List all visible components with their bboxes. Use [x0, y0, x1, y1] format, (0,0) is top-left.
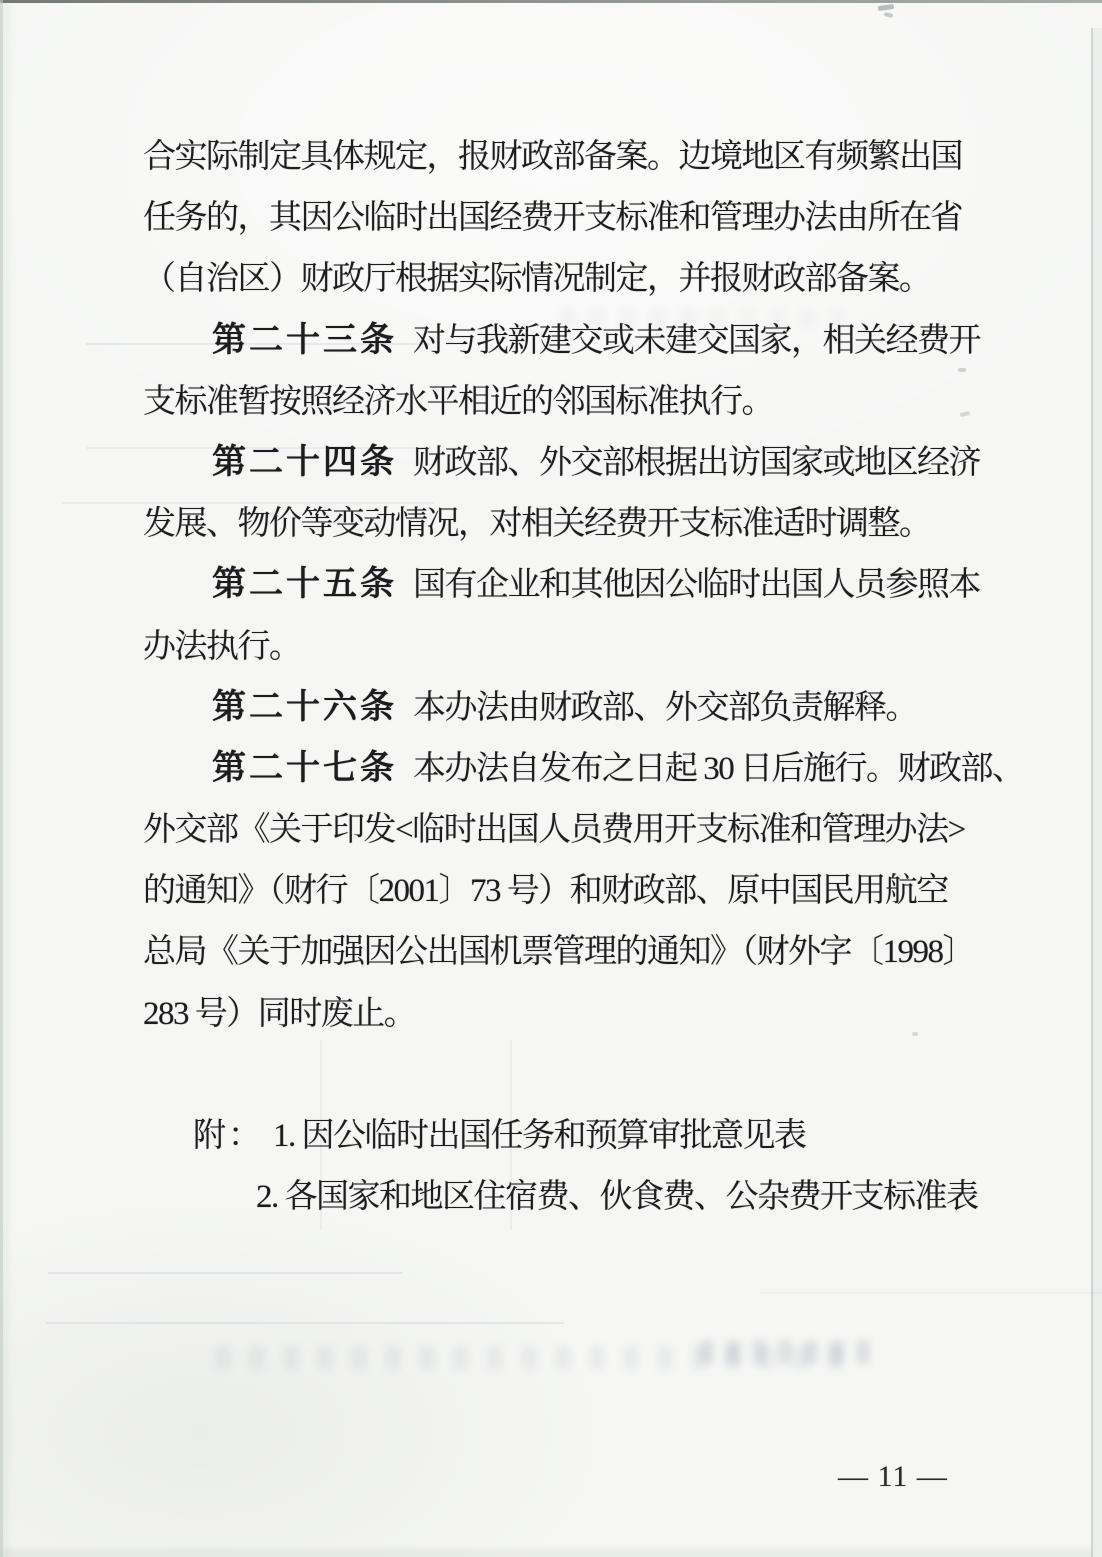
document-body: 合实际制定具体规定，报财政部备案。边境地区有频繁出国 任务的，其因公临时出国经费… [143, 126, 988, 1044]
attachments-label: 附： [193, 1118, 263, 1154]
body-line: 第二十五条国有企业和其他因公临时出国人员参照本 [143, 554, 988, 615]
body-line: 任务的，其因公临时出国经费开支标准和管理办法由所在省 [143, 187, 988, 248]
body-line: 第二十三条对与我新建交或未建交国家，相关经费开 [143, 310, 988, 371]
scan-speck [884, 12, 894, 18]
bleed-through-line [46, 1322, 564, 1324]
body-line-text: 办法执行。 [143, 629, 301, 665]
scan-left-edge [0, 0, 3, 1557]
article-number: 第二十六条 [212, 689, 397, 726]
body-line: 总局《关于加强因公出国机票管理的通知》（财外字〔1998〕 [143, 921, 988, 982]
body-line-text: 的通知》（财行〔2001〕73 号）和财政部、原中国民用航空 [143, 873, 948, 909]
bleed-through-line [48, 1272, 403, 1274]
article-number: 第二十七条 [212, 750, 397, 787]
attachment-item-text: 2. 各国家和地区住宿费、伙食费、公杂费开支标准表 [256, 1179, 978, 1215]
body-line: 支标准暂按照经济水平相近的邻国标准执行。 [143, 371, 988, 432]
body-line: 办法执行。 [143, 616, 988, 677]
body-line: 外交部《关于印发<临时出国人员费用开支标准和管理办法> [143, 799, 988, 860]
body-line: （自治区）财政厅根据实际情况制定，并报财政部备案。 [143, 248, 988, 309]
body-line-text: 本办法自发布之日起 30 日后施行。财政部、 [413, 751, 1024, 787]
bleed-through-text-smudge [700, 1340, 875, 1364]
body-line-text: 支标准暂按照经济水平相近的邻国标准执行。 [143, 384, 773, 420]
body-line: 的通知》（财行〔2001〕73 号）和财政部、原中国民用航空 [143, 860, 988, 921]
bleed-through-text-smudge [215, 1346, 845, 1370]
body-line-text: 财政部、外交部根据出访国家或地区经济 [413, 445, 980, 481]
attachment-item-text: 1. 因公临时出国任务和预算审批意见表 [273, 1118, 806, 1154]
body-line: 合实际制定具体规定，报财政部备案。边境地区有频繁出国 [143, 126, 988, 187]
scanned-document-page: 合实际制定具体规定，报财政部备案。边境地区有频繁出国 任务的，其因公临时出国经费… [0, 0, 1102, 1557]
attachment-item: 2. 各国家和地区住宿费、伙食费、公杂费开支标准表 [143, 1167, 978, 1228]
article-number: 第二十五条 [212, 566, 397, 603]
body-line-text: 任务的，其因公临时出国经费开支标准和管理办法由所在省 [143, 200, 962, 236]
body-line-text: 发展、物价等变动情况，对相关经费开支标准适时调整。 [143, 506, 931, 542]
attachment-item: 附：1. 因公临时出国任务和预算审批意见表 [143, 1106, 978, 1167]
body-line-text: （自治区）财政厅根据实际情况制定，并报财政部备案。 [143, 261, 931, 297]
body-line-text: 本办法由财政部、外交部负责解释。 [413, 690, 917, 726]
article-number: 第二十三条 [212, 322, 397, 359]
body-line-text: 对与我新建交或未建交国家，相关经费开 [413, 323, 980, 359]
scan-top-edge [0, 0, 1102, 3]
bleed-through-line [760, 1292, 1102, 1294]
scan-right-edge-line [1091, 28, 1093, 1557]
page-number: — 11 — [838, 1460, 978, 1494]
scan-right-page-edge [1093, 28, 1102, 1557]
body-line: 第二十七条本办法自发布之日起 30 日后施行。财政部、 [143, 738, 988, 799]
body-line-text: 总局《关于加强因公出国机票管理的通知》（财外字〔1998〕 [143, 934, 974, 970]
scan-speck [878, 4, 895, 11]
body-line-text: 合实际制定具体规定，报财政部备案。边境地区有频繁出国 [143, 139, 962, 175]
body-line: 第二十六条本办法由财政部、外交部负责解释。 [143, 677, 988, 738]
body-line: 283 号）同时废止。 [143, 983, 988, 1044]
attachments-section: 附：1. 因公临时出国任务和预算审批意见表 2. 各国家和地区住宿费、伙食费、公… [143, 1106, 978, 1228]
body-line: 发展、物价等变动情况，对相关经费开支标准适时调整。 [143, 493, 988, 554]
body-line-text: 外交部《关于印发<临时出国人员费用开支标准和管理办法> [143, 812, 965, 848]
article-number: 第二十四条 [212, 444, 397, 481]
body-line: 第二十四条财政部、外交部根据出访国家或地区经济 [143, 432, 988, 493]
body-line-text: 283 号）同时废止。 [143, 996, 415, 1032]
body-line-text: 国有企业和其他因公临时出国人员参照本 [413, 567, 980, 603]
